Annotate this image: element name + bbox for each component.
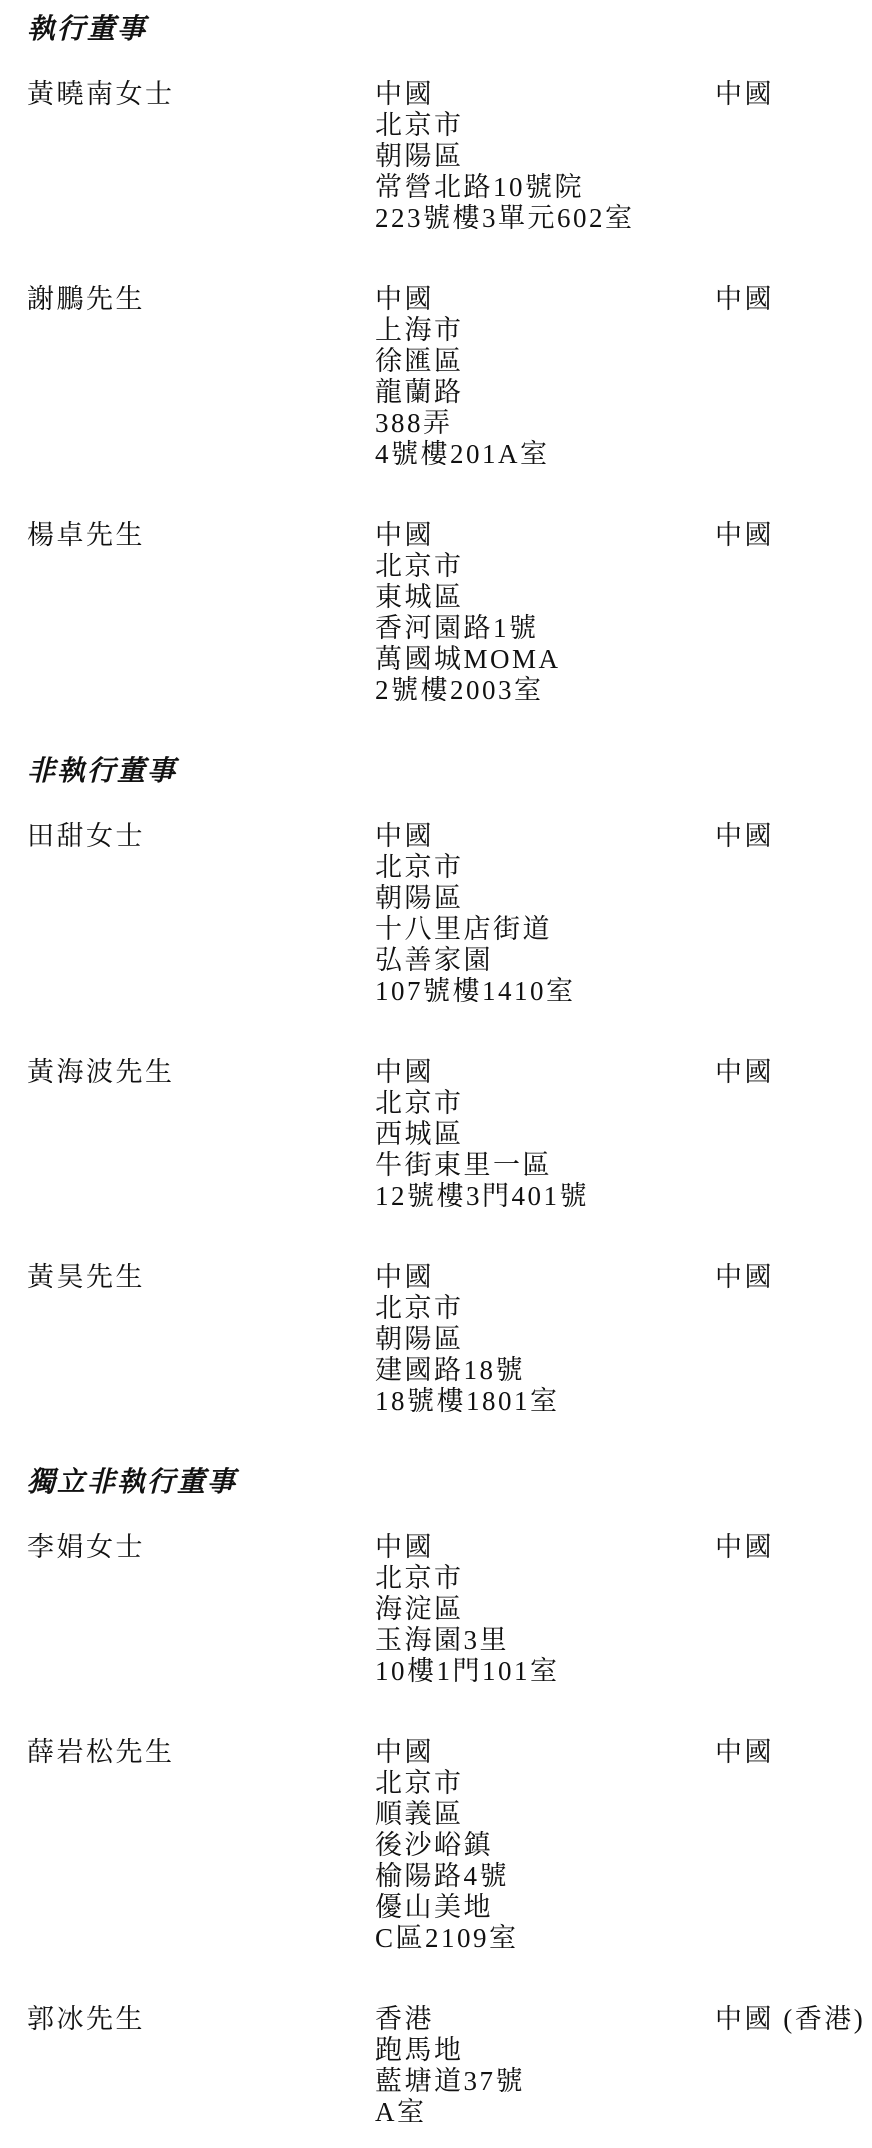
address-line: 弘善家園 (375, 945, 715, 976)
address-line: 建國路18號 (375, 1355, 715, 1386)
section-rows: 黃曉南女士 中國北京市朝陽區常營北路10號院223號樓3單元602室 中國 謝鵬… (27, 79, 862, 706)
director-name: 楊卓先生 (27, 520, 375, 551)
address-line: 中國 (375, 1057, 715, 1088)
address-line: 北京市 (375, 110, 715, 141)
address-line: 十八里店街道 (375, 914, 715, 945)
director-name: 田甜女士 (27, 821, 375, 852)
section-rows: 李娟女士 中國北京市海淀區玉海園3里10樓1門101室 中國 薛岩松先生 中國北… (27, 1532, 862, 2128)
director-row: 李娟女士 中國北京市海淀區玉海園3里10樓1門101室 中國 (27, 1532, 862, 1687)
address-line: 徐匯區 (375, 346, 715, 377)
address-line: 順義區 (375, 1799, 715, 1830)
address-line: 2號樓2003室 (375, 675, 715, 706)
address-line: 龍蘭路 (375, 377, 715, 408)
address-line: 中國 (375, 821, 715, 852)
director-row: 田甜女士 中國北京市朝陽區十八里店街道弘善家園107號樓1410室 中國 (27, 821, 862, 1007)
address-line: 朝陽區 (375, 883, 715, 914)
address-line: 朝陽區 (375, 1324, 715, 1355)
section-header: 非執行董事 (27, 756, 862, 787)
director-address: 中國上海市徐匯區龍蘭路388弄4號樓201A室 (375, 284, 715, 470)
address-line: 後沙峪鎮 (375, 1830, 715, 1861)
address-line: 優山美地 (375, 1892, 715, 1923)
address-line: 中國 (375, 1262, 715, 1293)
director-name: 黃海波先生 (27, 1057, 375, 1088)
address-line: A室 (375, 2097, 715, 2128)
director-nationality: 中國 (715, 1532, 862, 1563)
address-line: 北京市 (375, 1563, 715, 1594)
address-line: 萬國城MOMA (375, 644, 715, 675)
address-line: 中國 (375, 79, 715, 110)
address-line: 朝陽區 (375, 141, 715, 172)
director-name: 李娟女士 (27, 1532, 375, 1563)
director-address: 中國北京市西城區牛街東里一區12號樓3門401號 (375, 1057, 715, 1212)
director-address: 中國北京市朝陽區十八里店街道弘善家園107號樓1410室 (375, 821, 715, 1007)
director-nationality: 中國 (715, 1262, 862, 1293)
director-name: 黃曉南女士 (27, 79, 375, 110)
address-line: 香港 (375, 2004, 715, 2035)
director-row: 黃海波先生 中國北京市西城區牛街東里一區12號樓3門401號 中國 (27, 1057, 862, 1212)
director-address: 中國北京市朝陽區建國路18號18號樓1801室 (375, 1262, 715, 1417)
address-line: 北京市 (375, 1088, 715, 1119)
section-header: 獨立非執行董事 (27, 1467, 862, 1498)
director-address: 中國北京市朝陽區常營北路10號院223號樓3單元602室 (375, 79, 715, 234)
director-nationality: 中國 (715, 284, 862, 315)
address-line: 跑馬地 (375, 2035, 715, 2066)
director-row: 郭冰先生 香港跑馬地藍塘道37號A室 中國 (香港) (27, 2004, 862, 2128)
address-line: 18號樓1801室 (375, 1386, 715, 1417)
address-line: 12號樓3門401號 (375, 1181, 715, 1212)
address-line: 10樓1門101室 (375, 1656, 715, 1687)
director-address: 香港跑馬地藍塘道37號A室 (375, 2004, 715, 2128)
address-line: 藍塘道37號 (375, 2066, 715, 2097)
director-nationality: 中國 (715, 821, 862, 852)
director-row: 黃昊先生 中國北京市朝陽區建國路18號18號樓1801室 中國 (27, 1262, 862, 1417)
address-line: 西城區 (375, 1119, 715, 1150)
address-line: 北京市 (375, 1768, 715, 1799)
director-name: 黃昊先生 (27, 1262, 375, 1293)
address-line: 上海市 (375, 315, 715, 346)
address-line: 北京市 (375, 852, 715, 883)
address-line: 榆陽路4號 (375, 1861, 715, 1892)
director-row: 楊卓先生 中國北京市東城區香河園路1號萬國城MOMA2號樓2003室 中國 (27, 520, 862, 706)
director-nationality: 中國 (715, 520, 862, 551)
address-line: 常營北路10號院 (375, 172, 715, 203)
address-line: 海淀區 (375, 1594, 715, 1625)
director-name: 薛岩松先生 (27, 1737, 375, 1768)
director-row: 黃曉南女士 中國北京市朝陽區常營北路10號院223號樓3單元602室 中國 (27, 79, 862, 234)
director-nationality: 中國 (715, 79, 862, 110)
address-line: 北京市 (375, 551, 715, 582)
director-nationality: 中國 (715, 1737, 862, 1768)
director-address: 中國北京市東城區香河園路1號萬國城MOMA2號樓2003室 (375, 520, 715, 706)
director-nationality: 中國 (香港) (715, 2004, 865, 2035)
director-nationality: 中國 (715, 1057, 862, 1088)
address-line: C區2109室 (375, 1923, 715, 1954)
section-header: 執行董事 (27, 14, 862, 45)
director-address: 中國北京市順義區後沙峪鎮榆陽路4號優山美地C區2109室 (375, 1737, 715, 1954)
directors-list: 執行董事 黃曉南女士 中國北京市朝陽區常營北路10號院223號樓3單元602室 … (27, 14, 862, 2128)
director-name: 郭冰先生 (27, 2004, 375, 2035)
address-line: 中國 (375, 520, 715, 551)
address-line: 中國 (375, 284, 715, 315)
director-section: 執行董事 黃曉南女士 中國北京市朝陽區常營北路10號院223號樓3單元602室 … (27, 14, 862, 706)
address-line: 223號樓3單元602室 (375, 203, 715, 234)
address-line: 牛街東里一區 (375, 1150, 715, 1181)
director-section: 獨立非執行董事 李娟女士 中國北京市海淀區玉海園3里10樓1門101室 中國 薛… (27, 1467, 862, 2128)
address-line: 107號樓1410室 (375, 976, 715, 1007)
director-row: 謝鵬先生 中國上海市徐匯區龍蘭路388弄4號樓201A室 中國 (27, 284, 862, 470)
address-line: 388弄 (375, 408, 715, 439)
address-line: 中國 (375, 1532, 715, 1563)
director-section: 非執行董事 田甜女士 中國北京市朝陽區十八里店街道弘善家園107號樓1410室 … (27, 756, 862, 1417)
address-line: 香河園路1號 (375, 613, 715, 644)
director-address: 中國北京市海淀區玉海園3里10樓1門101室 (375, 1532, 715, 1687)
director-name: 謝鵬先生 (27, 284, 375, 315)
director-row: 薛岩松先生 中國北京市順義區後沙峪鎮榆陽路4號優山美地C區2109室 中國 (27, 1737, 862, 1954)
address-line: 東城區 (375, 582, 715, 613)
address-line: 北京市 (375, 1293, 715, 1324)
address-line: 玉海園3里 (375, 1625, 715, 1656)
directors-address-page: 執行董事 黃曉南女士 中國北京市朝陽區常營北路10號院223號樓3單元602室 … (0, 0, 872, 2148)
section-rows: 田甜女士 中國北京市朝陽區十八里店街道弘善家園107號樓1410室 中國 黃海波… (27, 821, 862, 1417)
address-line: 4號樓201A室 (375, 439, 715, 470)
address-line: 中國 (375, 1737, 715, 1768)
